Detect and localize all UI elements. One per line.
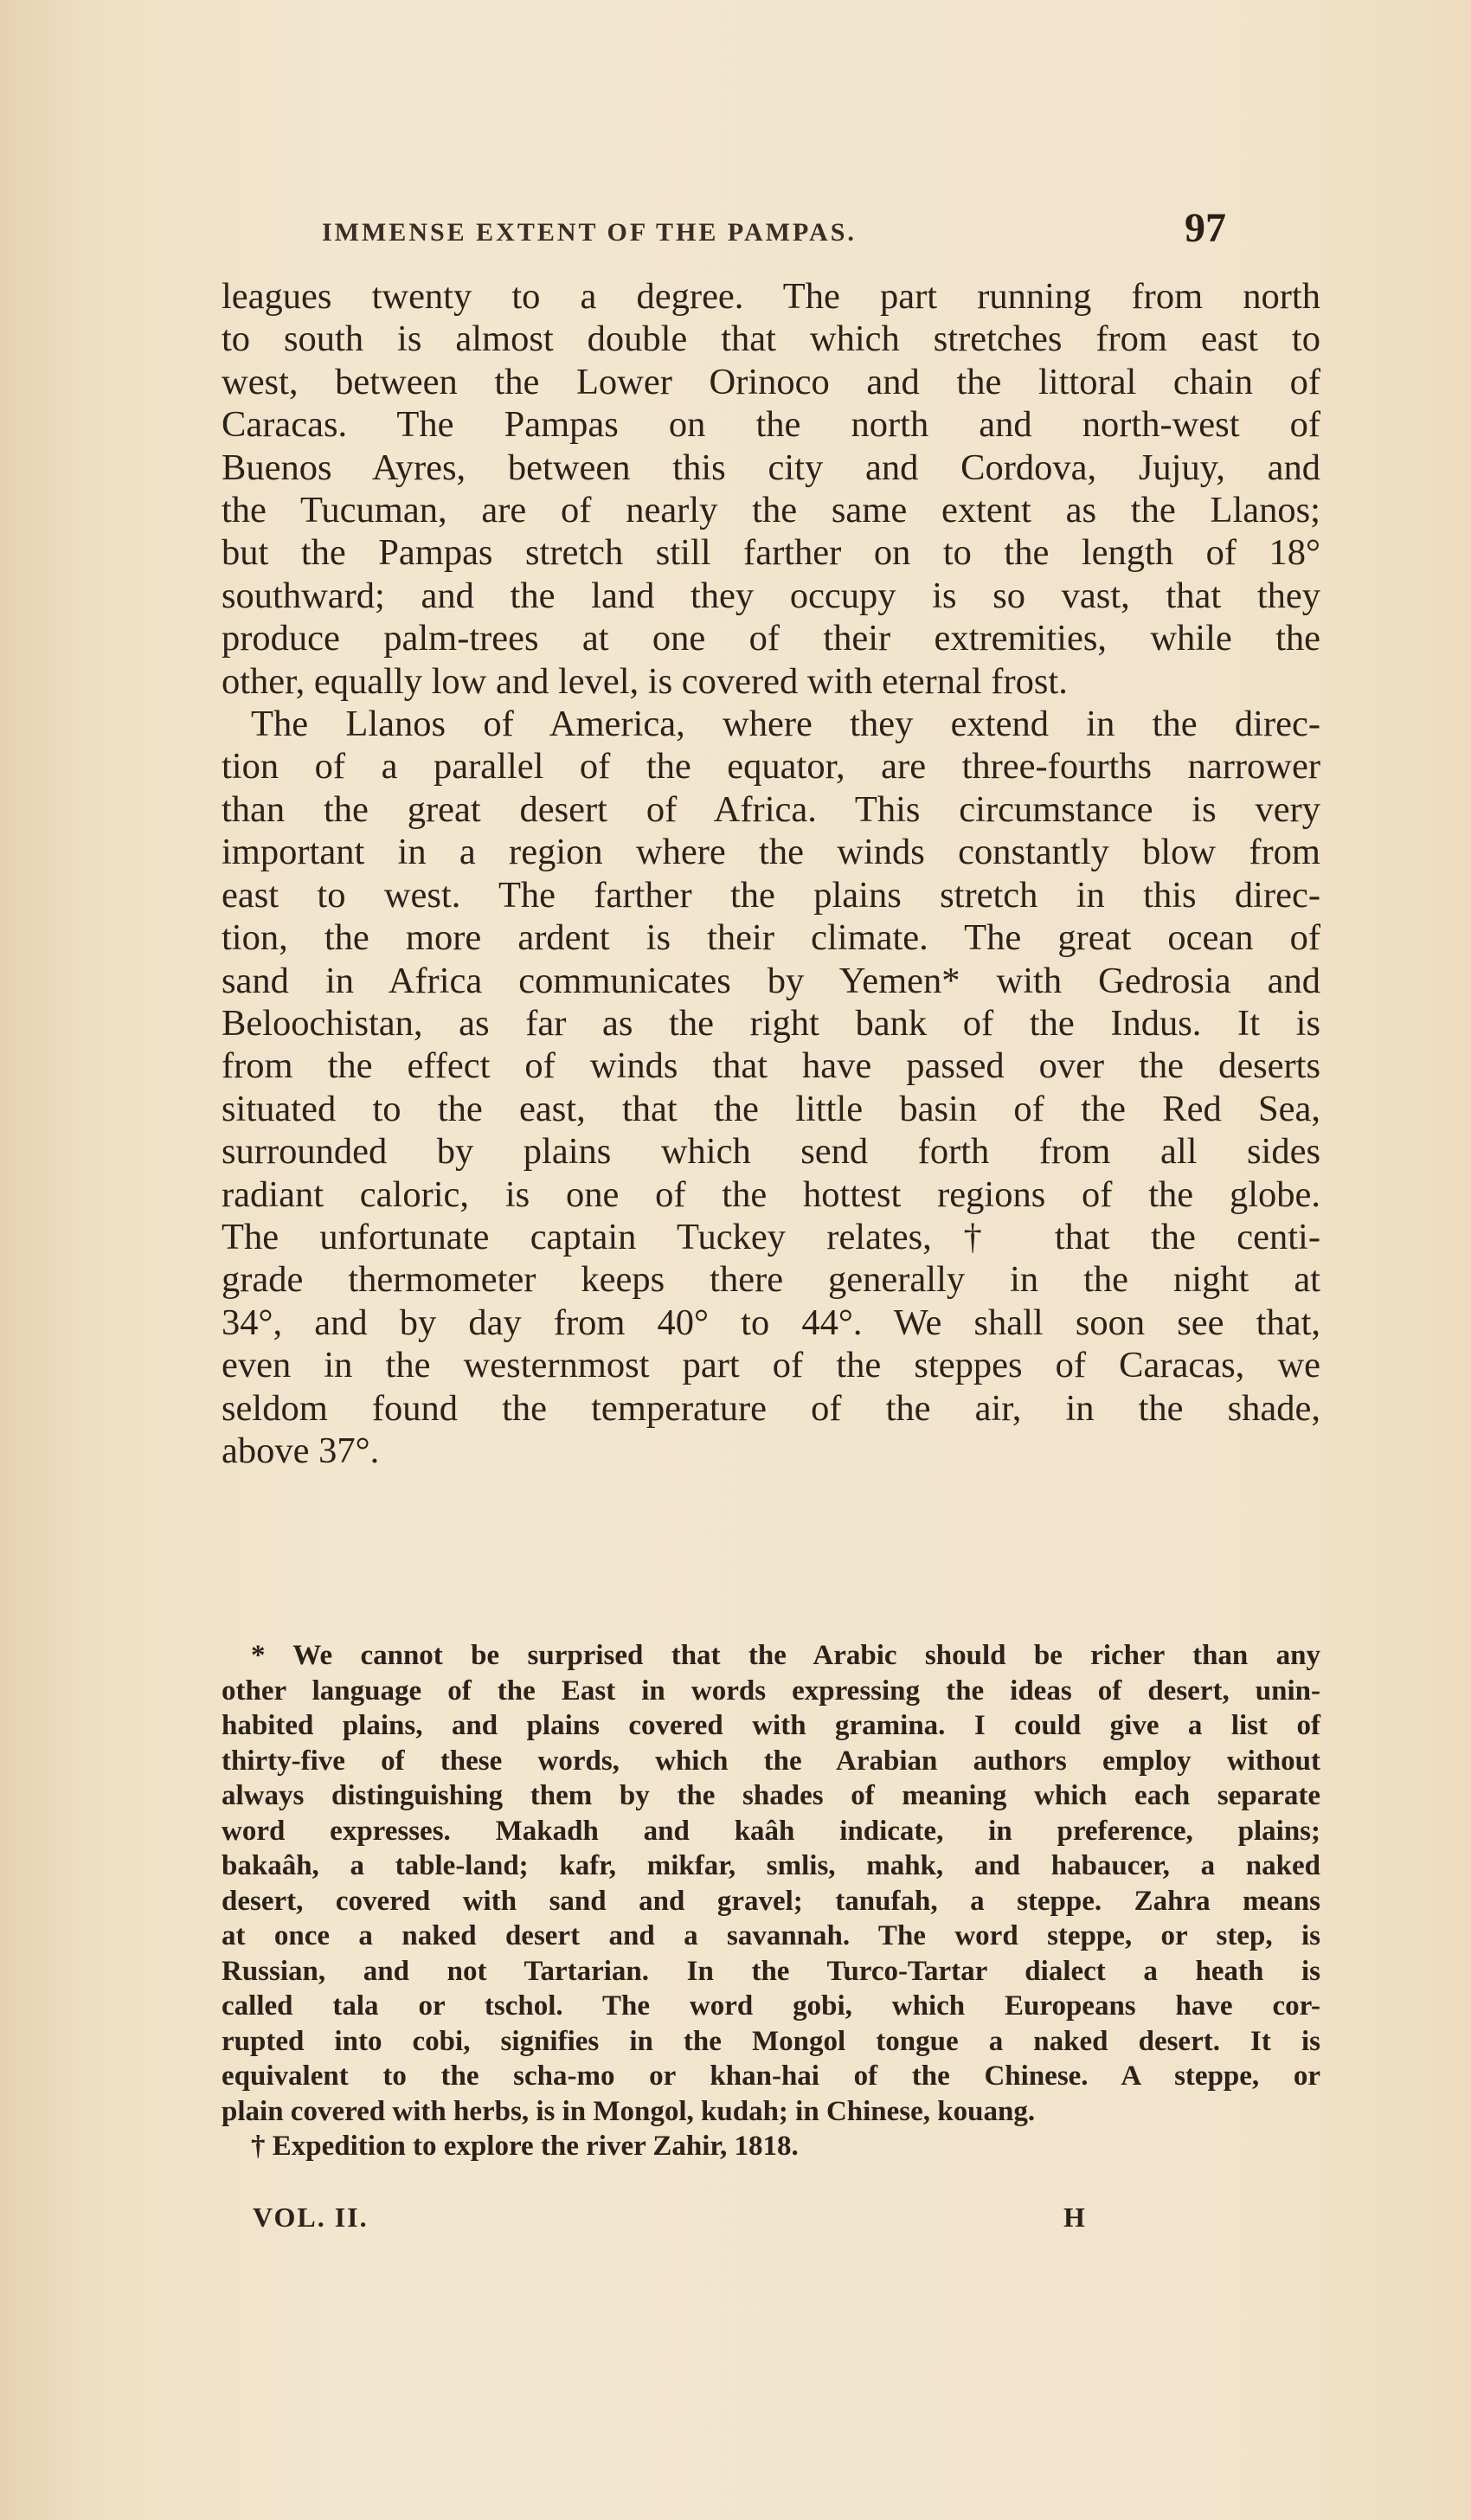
text-line: radiant caloric, is one of the hottest r… bbox=[222, 1173, 1320, 1216]
text-line: than the great desert of Africa. This ci… bbox=[222, 788, 1320, 831]
footnote-line: habited plains, and plains covered with … bbox=[222, 1708, 1320, 1744]
volume-label: VOL. II. bbox=[253, 2202, 369, 2234]
text-line: even in the westernmost part of the step… bbox=[222, 1344, 1320, 1386]
text-line: but the Pampas stretch still farther on … bbox=[222, 531, 1320, 574]
footnote-line: bakaâh, a table-land; kafr, mikfar, smli… bbox=[222, 1848, 1320, 1884]
text-line: southward; and the land they occupy is s… bbox=[222, 575, 1320, 617]
text-line: to south is almost double that which str… bbox=[222, 318, 1320, 360]
text-line: tion of a parallel of the equator, are t… bbox=[222, 745, 1320, 787]
text-line: west, between the Lower Orinoco and the … bbox=[222, 361, 1320, 403]
running-title: IMMENSE EXTENT OF THE PAMPAS. bbox=[322, 218, 857, 247]
text-line: tion, the more ardent is their climate. … bbox=[222, 916, 1320, 959]
text-line: above 37°. bbox=[222, 1430, 1320, 1472]
footnotes: * We cannot be surprised that the Arabic… bbox=[222, 1638, 1320, 2164]
footnote-line: Russian, and not Tartarian. In the Turco… bbox=[222, 1954, 1320, 1990]
text-line: leagues twenty to a degree. The part run… bbox=[222, 275, 1320, 318]
page-header: IMMENSE EXTENT OF THE PAMPAS. 97 bbox=[322, 204, 1274, 256]
paragraph-1: leagues twenty to a degree. The part run… bbox=[222, 275, 1320, 703]
text-line: Caracas. The Pampas on the north and nor… bbox=[222, 403, 1320, 446]
footnote-line: † Expedition to explore the river Zahir,… bbox=[222, 2129, 1320, 2164]
text-line: The unfortunate captain Tuckey relates,†… bbox=[222, 1216, 1320, 1258]
text-line: Buenos Ayres, between this city and Cord… bbox=[222, 447, 1320, 489]
footnote-line: called tala or tschol. The word gobi, wh… bbox=[222, 1989, 1320, 2024]
footnote-asterisk: * We cannot be surprised that the Arabic… bbox=[222, 1638, 1320, 2129]
text-line: surrounded by plains which send forth fr… bbox=[222, 1130, 1320, 1173]
text-line: situated to the east, that the little ba… bbox=[222, 1088, 1320, 1130]
footnote-line: always distinguishing them by the shades… bbox=[222, 1778, 1320, 1814]
signature-mark: H bbox=[1063, 2202, 1085, 2234]
text-line: the Tucuman, are of nearly the same exte… bbox=[222, 489, 1320, 531]
text-line: important in a region where the winds co… bbox=[222, 831, 1320, 873]
text-line: from the effect of winds that have passe… bbox=[222, 1045, 1320, 1087]
paragraph-2: The Llanos of America, where they extend… bbox=[222, 703, 1320, 1472]
footnote-line: other language of the East in words expr… bbox=[222, 1674, 1320, 1709]
footnote-line: thirty-five of these words, which the Ar… bbox=[222, 1744, 1320, 1779]
footnote-line: rupted into cobi, signifies in the Mongo… bbox=[222, 2024, 1320, 2060]
book-page: IMMENSE EXTENT OF THE PAMPAS. 97 leagues… bbox=[0, 0, 1471, 2520]
footnote-line: equivalent to the scha-mo or khan-hai of… bbox=[222, 2059, 1320, 2094]
text-line: 34°, and by day from 40° to 44°. We shal… bbox=[222, 1302, 1320, 1344]
footnote-line: plain covered with herbs, is in Mongol, … bbox=[222, 2094, 1320, 2130]
text-line: The Llanos of America, where they extend… bbox=[222, 703, 1320, 745]
footnote-line: desert, covered with sand and gravel; ta… bbox=[222, 1884, 1320, 1919]
text-line: Beloochistan, as far as the right bank o… bbox=[222, 1002, 1320, 1045]
text-line: sand in Africa communicates by Yemen* wi… bbox=[222, 960, 1320, 1002]
footnote-line: * We cannot be surprised that the Arabic… bbox=[222, 1638, 1320, 1674]
page-number: 97 bbox=[1185, 204, 1226, 252]
text-line: produce palm-trees at one of their extre… bbox=[222, 617, 1320, 659]
text-line: other, equally low and level, is covered… bbox=[222, 660, 1320, 703]
text-line: east to west. The farther the plains str… bbox=[222, 874, 1320, 916]
text-line: grade thermometer keeps there generally … bbox=[222, 1258, 1320, 1301]
text-line: seldom found the temperature of the air,… bbox=[222, 1387, 1320, 1430]
footnote-line: at once a naked desert and a savannah. T… bbox=[222, 1919, 1320, 1954]
body-text: leagues twenty to a degree. The part run… bbox=[222, 275, 1320, 1472]
footnote-line: word expresses. Makadh and kaâh indicate… bbox=[222, 1814, 1320, 1849]
footnote-dagger: † Expedition to explore the river Zahir,… bbox=[222, 2129, 1320, 2164]
